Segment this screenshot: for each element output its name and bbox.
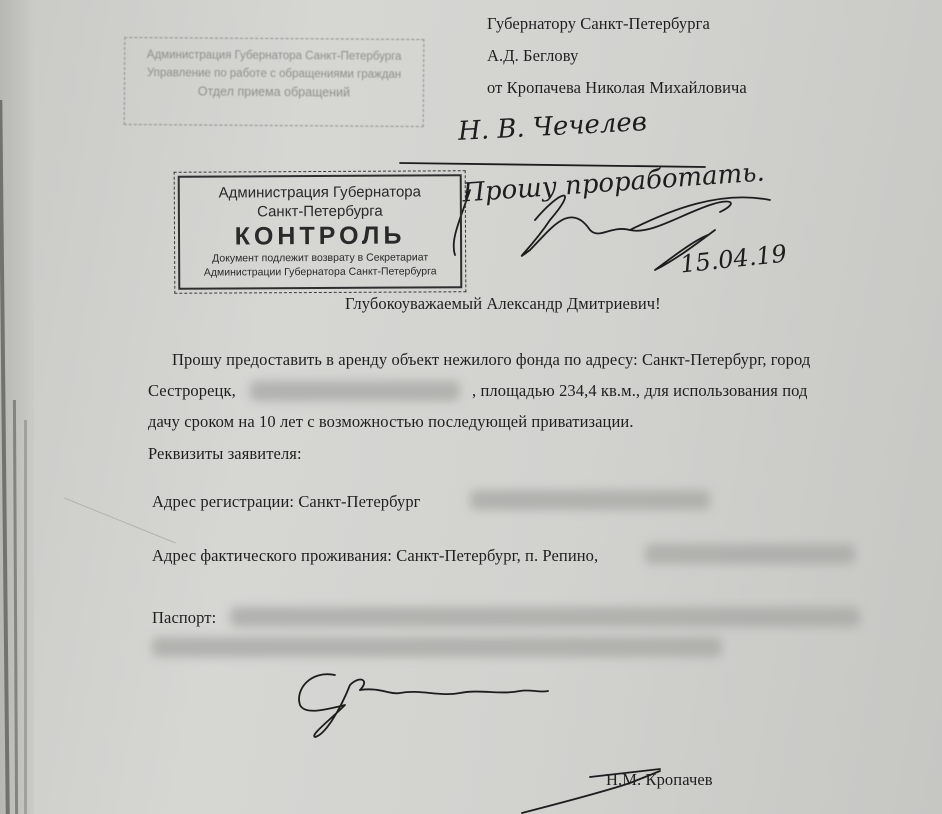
- actual-address: Адрес фактического проживания: Санкт-Пет…: [152, 546, 598, 566]
- body-line-3: дачу сроком на 10 лет с возможностью пос…: [148, 412, 634, 432]
- addressee-line-3: от Кропачева Николая Михайловича: [487, 78, 747, 98]
- body-line-2-end: , площадью 234,4 кв.м., для использовани…: [472, 381, 808, 401]
- control-stamp: Администрация Губернатора Санкт-Петербур…: [178, 174, 463, 289]
- incoming-stamp-line-1: Администрация Губернатора Санкт-Петербур…: [125, 46, 423, 66]
- control-stamp-line-1: Администрация Губернатора: [180, 182, 460, 202]
- control-stamp-title: КОНТРОЛЬ: [180, 220, 460, 251]
- redacted-registration-address: [470, 490, 710, 510]
- incoming-stamp: Администрация Губернатора Санкт-Петербур…: [124, 37, 425, 127]
- applicant-signature: [290, 665, 570, 745]
- stacked-page-edge: [24, 420, 27, 814]
- redacted-passport-line-1: [230, 607, 860, 627]
- registration-address: Адрес регистрации: Санкт-Петербург: [152, 492, 421, 512]
- redacted-passport-line-2: [152, 637, 722, 657]
- control-stamp-line-2: Санкт-Петербурга: [180, 201, 460, 221]
- addressee-line-1: Губернатору Санкт-Петербурга: [487, 14, 710, 34]
- resolution-recipient: Н. В. Чечелев: [457, 107, 647, 147]
- redacted-actual-address: [645, 544, 855, 564]
- body-line-2-start: Сестрорецк,: [148, 381, 236, 401]
- addressee-line-2: А.Д. Беглову: [487, 46, 578, 66]
- requisites-label: Реквизиты заявителя:: [148, 444, 302, 464]
- signatory-name: Н.М. Кропачев: [606, 770, 713, 790]
- body-line-1: Прошу предоставить в аренду объект нежил…: [172, 350, 810, 370]
- incoming-stamp-line-3: Отдел приема обращений: [125, 82, 423, 102]
- control-stamp-line-4: Документ подлежит возврату в Секретариат: [180, 250, 460, 265]
- salutation: Глубокоуважаемый Александр Дмитриевич!: [345, 294, 661, 314]
- incoming-stamp-line-2: Управление по работе с обращениями гражд…: [125, 64, 423, 84]
- control-stamp-line-5: Администрации Губернатора Санкт-Петербур…: [180, 264, 460, 279]
- passport-label: Паспорт:: [152, 608, 216, 628]
- redacted-object-address: [250, 381, 460, 401]
